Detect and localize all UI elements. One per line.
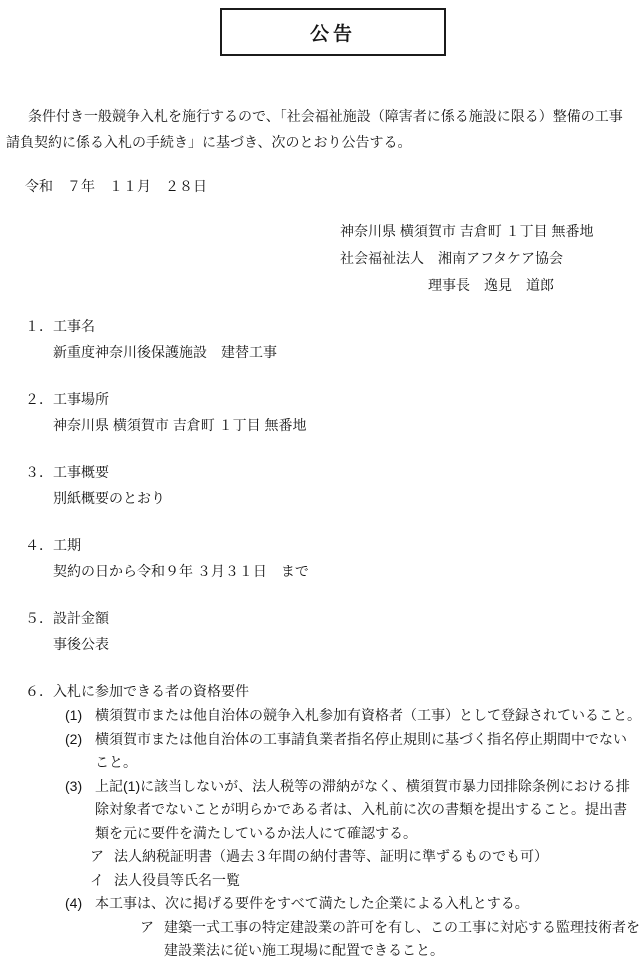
requirement-text: 横須賀市または他自治体の競争入札参加有資格者（工事）として登録されていること。 bbox=[95, 704, 641, 728]
requirements-list: (1) 横須賀市または他自治体の競争入札参加有資格者（工事）として登録されている… bbox=[0, 704, 641, 962]
section-heading-row: ２． 工事場所 bbox=[0, 386, 641, 412]
requirement-3-subitem-i: イ 法人役員等氏名一覧 bbox=[0, 869, 641, 893]
section-heading-row: ３． 工事概要 bbox=[0, 459, 641, 485]
section-heading: 工事概要 bbox=[53, 459, 109, 485]
section-body: 別紙概要のとおり bbox=[0, 485, 641, 511]
issuer-address: 神奈川県 横須賀市 吉倉町 １丁目 無番地 bbox=[340, 218, 641, 245]
intro-paragraph: 条件付き一般競争入札を施行するので、「社会福祉施設（障害者に係る施設に限る）整備… bbox=[6, 103, 636, 155]
section-heading-row: ５． 設計金額 bbox=[0, 605, 641, 631]
subitem-text: 建築一式工事の特定建設業の許可を有し、この工事に対応する監理技術者を建設業法に従… bbox=[164, 916, 641, 962]
section-number: ４． bbox=[25, 532, 53, 558]
requirement-label: (3) bbox=[65, 775, 95, 846]
notice-date: 令和 ７年 １１月 ２８日 bbox=[25, 173, 641, 199]
section-heading-row: ４． 工期 bbox=[0, 532, 641, 558]
requirement-label: (1) bbox=[65, 704, 95, 728]
subitem-label: ア bbox=[90, 845, 114, 869]
requirement-4-subitem-a: ア 建築一式工事の特定建設業の許可を有し、この工事に対応する監理技術者を建設業法… bbox=[0, 916, 641, 962]
issuer-organization: 社会福祉法人 湘南アフタケア協会 bbox=[340, 245, 641, 272]
requirement-item-4: (4) 本工事は、次に掲げる要件をすべて満たした企業による入札とする。 bbox=[0, 892, 641, 916]
requirement-item-2: (2) 横須賀市または他自治体の工事請負業者指名停止規則に基づく指名停止期間中で… bbox=[0, 728, 641, 775]
section-heading: 工事場所 bbox=[53, 386, 109, 412]
requirement-text: 本工事は、次に掲げる要件をすべて満たした企業による入札とする。 bbox=[95, 892, 631, 916]
subitem-label: イ bbox=[90, 869, 114, 893]
issuer-block: 神奈川県 横須賀市 吉倉町 １丁目 無番地 社会福祉法人 湘南アフタケア協会 理… bbox=[340, 218, 641, 299]
requirement-label: (2) bbox=[65, 728, 95, 775]
requirement-text: 横須賀市または他自治体の工事請負業者指名停止規則に基づく指名停止期間中でないこと… bbox=[95, 728, 631, 775]
section-heading-row: ６． 入札に参加できる者の資格要件 bbox=[0, 678, 641, 704]
section-construction-site: ２． 工事場所 神奈川県 横須賀市 吉倉町 １丁目 無番地 bbox=[0, 386, 641, 438]
issuer-representative: 理事長 逸見 道郎 bbox=[340, 272, 641, 299]
section-construction-period: ４． 工期 契約の日から令和９年 ３月３１日 まで bbox=[0, 532, 641, 584]
section-body: 契約の日から令和９年 ３月３１日 まで bbox=[0, 558, 641, 584]
section-body: 神奈川県 横須賀市 吉倉町 １丁目 無番地 bbox=[0, 412, 641, 438]
section-number: ６． bbox=[25, 678, 53, 704]
section-heading: 設計金額 bbox=[53, 605, 109, 631]
requirement-label: (4) bbox=[65, 892, 95, 916]
section-heading: 工事名 bbox=[53, 313, 95, 339]
section-heading-row: １． 工事名 bbox=[0, 313, 641, 339]
section-heading: 入札に参加できる者の資格要件 bbox=[53, 678, 249, 704]
notice-title: 公告 bbox=[310, 19, 356, 46]
notice-title-box: 公告 bbox=[220, 8, 446, 56]
sections-list: １． 工事名 新重度神奈川後保護施設 建替工事 ２． 工事場所 神奈川県 横須賀… bbox=[0, 313, 641, 962]
section-body: 新重度神奈川後保護施設 建替工事 bbox=[0, 339, 641, 365]
section-design-amount: ５． 設計金額 事後公表 bbox=[0, 605, 641, 657]
section-construction-overview: ３． 工事概要 別紙概要のとおり bbox=[0, 459, 641, 511]
section-number: ２． bbox=[25, 386, 53, 412]
requirement-item-3: (3) 上記(1)に該当しないが、法人税等の滞納がなく、横須賀市暴力団排除条例に… bbox=[0, 775, 641, 846]
requirement-item-1: (1) 横須賀市または他自治体の競争入札参加有資格者（工事）として登録されている… bbox=[0, 704, 641, 728]
notice-document: 公告 条件付き一般競争入札を施行するので、「社会福祉施設（障害者に係る施設に限る… bbox=[0, 0, 641, 962]
section-construction-name: １． 工事名 新重度神奈川後保護施設 建替工事 bbox=[0, 313, 641, 365]
subitem-label: ア bbox=[140, 916, 164, 962]
section-bidder-qualifications: ６． 入札に参加できる者の資格要件 (1) 横須賀市または他自治体の競争入札参加… bbox=[0, 678, 641, 962]
section-number: ３． bbox=[25, 459, 53, 485]
requirement-text: 上記(1)に該当しないが、法人税等の滞納がなく、横須賀市暴力団排除条例における排… bbox=[95, 775, 631, 846]
requirement-3-subitem-a: ア 法人納税証明書（過去３年間の納付書等、証明に準ずるものでも可） bbox=[0, 845, 641, 869]
section-heading: 工期 bbox=[53, 532, 81, 558]
section-number: ５． bbox=[25, 605, 53, 631]
section-number: １． bbox=[25, 313, 53, 339]
subitem-text: 法人納税証明書（過去３年間の納付書等、証明に準ずるものでも可） bbox=[114, 845, 641, 869]
section-body: 事後公表 bbox=[0, 631, 641, 657]
subitem-text: 法人役員等氏名一覧 bbox=[114, 869, 641, 893]
